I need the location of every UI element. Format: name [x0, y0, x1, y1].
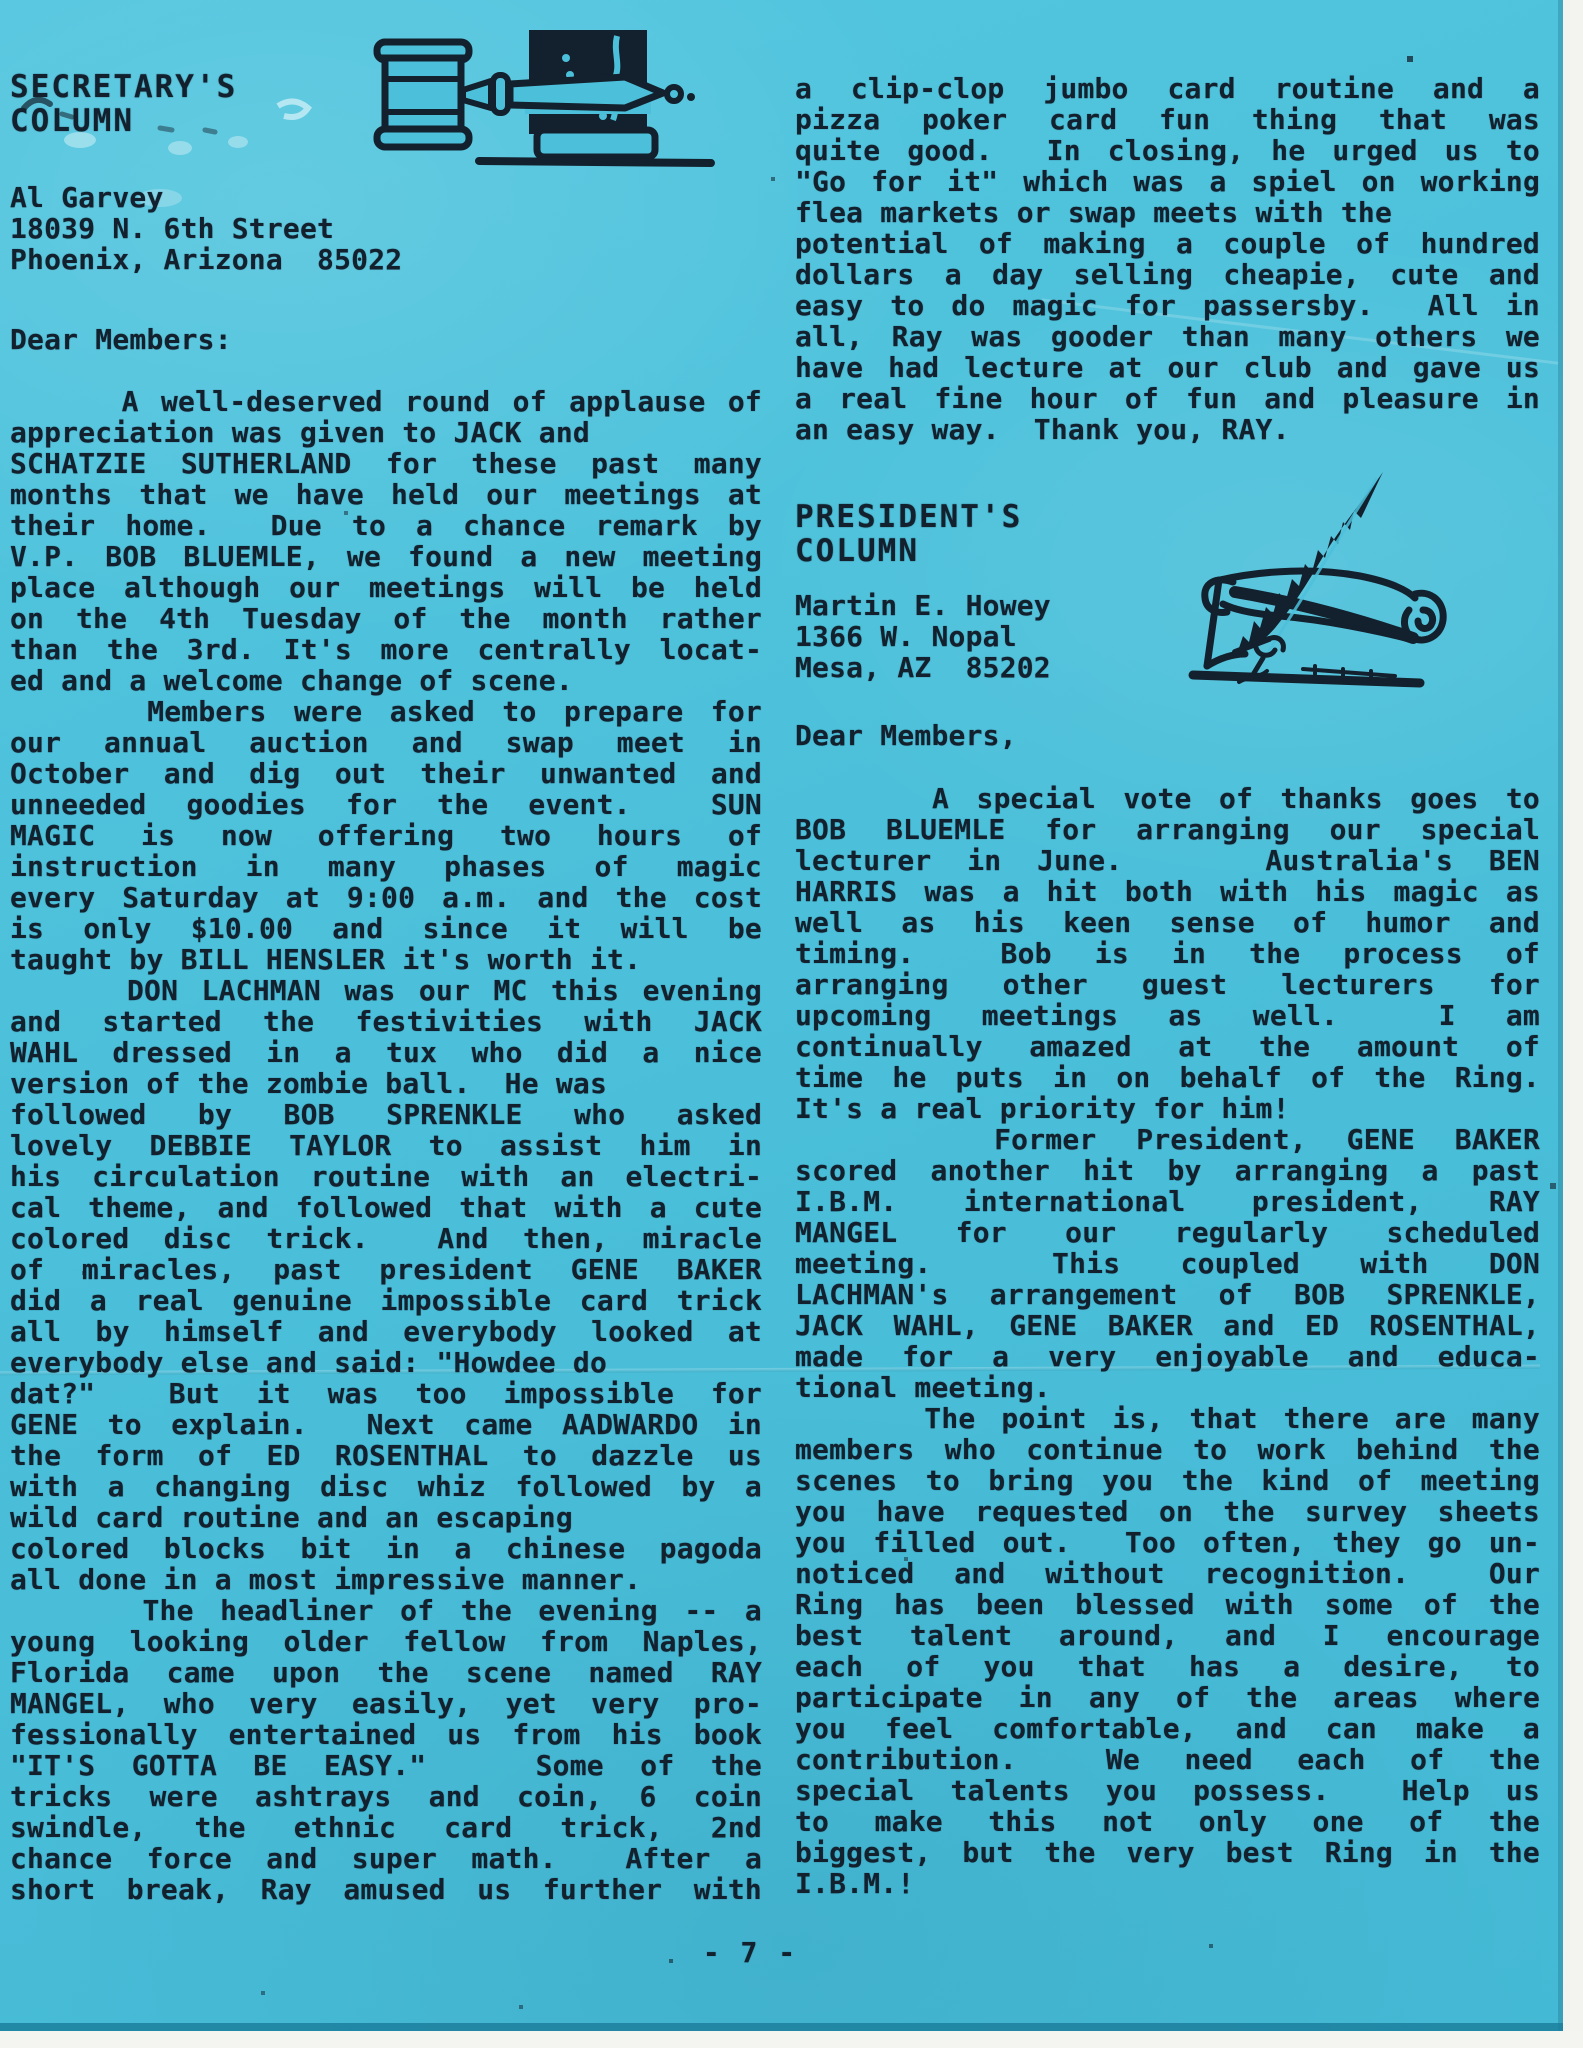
text-line: pizza poker card fun thing that was [795, 104, 1540, 135]
author-address: Phoenix, Arizona 85022 [10, 244, 762, 275]
text-line: made for a very enjoyable and educa- [795, 1341, 1540, 1372]
text-line: best talent around, and I encourage [795, 1620, 1540, 1651]
text-line: "Go for it" which was a spiel on working [795, 166, 1540, 197]
text-line: ed and a welcome change of scene. [10, 665, 762, 696]
text-line: have had lecture at our club and gave us [795, 352, 1540, 383]
text-line: version of the zombie ball. He was [10, 1068, 762, 1099]
secretary-body: A well-deserved round of applause ofappr… [10, 386, 762, 1905]
text-line: fessionally entertained us from his book [10, 1719, 762, 1750]
president-author-block: Martin E. Howey 1366 W. Nopal Mesa, AZ 8… [795, 590, 1540, 683]
text-line: our annual auction and swap meet in [10, 727, 762, 758]
text-line: you have requested on the survey sheets [795, 1496, 1540, 1527]
text-line: potential of making a couple of hundred [795, 228, 1540, 259]
text-line: A well-deserved round of applause of [10, 386, 762, 417]
text-line: each of you that has a desire, to [795, 1651, 1540, 1682]
author-address: 18039 N. 6th Street [10, 213, 762, 244]
text-line: colored disc trick. And then, miracle [10, 1223, 762, 1254]
text-line: lovely DEBBIE TAYLOR to assist him in [10, 1130, 762, 1161]
text-line: "IT'S GOTTA BE EASY." Some of the [10, 1750, 762, 1781]
text-line: on the 4th Tuesday of the month rather [10, 603, 762, 634]
author-address: 1366 W. Nopal [795, 621, 1540, 652]
secretary-column-heading: SECRETARY'S COLUMN [10, 70, 762, 138]
text-line: October and dig out their unwanted and [10, 758, 762, 789]
text-line: place although our meetings will be held [10, 572, 762, 603]
text-line: BOB BLUEMLE for arranging our special [795, 814, 1540, 845]
text-line: GENE to explain. Next came AADWARDO in [10, 1409, 762, 1440]
text-line: meeting. This coupled with DON [795, 1248, 1540, 1279]
text-line: swindle, the ethnic card trick, 2nd [10, 1812, 762, 1843]
text-line: MANGEL for our regularly scheduled [795, 1217, 1540, 1248]
text-line: followed by BOB SPRENKLE who asked [10, 1099, 762, 1130]
text-line: dat?" But it was too impossible for [10, 1378, 762, 1409]
secretary-column: SECRETARY'S COLUMN Al Garvey 18039 N. 6t… [10, 0, 762, 2048]
author-name: Martin E. Howey [795, 590, 1540, 621]
text-line: a clip-clop jumbo card routine and a [795, 73, 1540, 104]
text-line: tional meeting. [795, 1372, 1540, 1403]
text-line: months that we have held our meetings at [10, 479, 762, 510]
heading-line: SECRETARY'S [10, 70, 762, 104]
text-line: an easy way. Thank you, RAY. [795, 414, 1540, 445]
text-line: every Saturday at 9:00 a.m. and the cost [10, 882, 762, 913]
text-line: The headliner of the evening -- a [10, 1595, 762, 1626]
text-line: easy to do magic for passersby. All in [795, 290, 1540, 321]
text-line: to make this not only one of the [795, 1806, 1540, 1837]
text-line: you feel comfortable, and can make a [795, 1713, 1540, 1744]
text-line: chance force and super math. After a [10, 1843, 762, 1874]
text-line: his circulation routine with an electri- [10, 1161, 762, 1192]
text-line: LACHMAN's arrangement of BOB SPRENKLE, [795, 1279, 1540, 1310]
text-line: Ring has been blessed with some of the [795, 1589, 1540, 1620]
text-line: Former President, GENE BAKER [795, 1124, 1540, 1155]
text-line: lecturer in June. Australia's BEN [795, 845, 1540, 876]
text-line: you filled out. Too often, they go un- [795, 1527, 1540, 1558]
text-line: and started the festivities with JACK [10, 1006, 762, 1037]
dust-specks [0, 0, 2, 2]
text-line: participate in any of the areas where [795, 1682, 1540, 1713]
text-line: scenes to bring you the kind of meeting [795, 1465, 1540, 1496]
text-line: all by himself and everybody looked at [10, 1316, 762, 1347]
author-address: Mesa, AZ 85202 [795, 652, 1540, 683]
text-line: contribution. We need each of the [795, 1744, 1540, 1775]
paper-edge-line [0, 2023, 1563, 2031]
text-line: noticed and without recognition. Our [795, 1558, 1540, 1589]
text-line: time he puts in on behalf of the Ring. [795, 1062, 1540, 1093]
heading-line: PRESIDENT'S [795, 500, 1540, 534]
text-line: HARRIS was a hit both with his magic as [795, 876, 1540, 907]
text-line: JACK WAHL, GENE BAKER and ED ROSENTHAL, [795, 1310, 1540, 1341]
text-line: everybody else and said: "Howdee do [10, 1347, 762, 1378]
text-line: colored blocks bit in a chinese pagoda [10, 1533, 762, 1564]
secretary-salutation: Dear Members: [10, 324, 762, 355]
text-line: I.B.M. international president, RAY [795, 1186, 1540, 1217]
text-line: dollars a day selling cheapie, cute and [795, 259, 1540, 290]
scan-edge-bottom [0, 2031, 1583, 2048]
text-line: It's a real priority for him! [795, 1093, 1540, 1124]
text-line: arranging other guest lecturers for [795, 969, 1540, 1000]
text-line: MANGEL, who very easily, yet very pro- [10, 1688, 762, 1719]
text-line: wild card routine and an escaping [10, 1502, 762, 1533]
secretary-author-block: Al Garvey 18039 N. 6th Street Phoenix, A… [10, 182, 762, 275]
text-line: special talents you possess. Help us [795, 1775, 1540, 1806]
text-line: instruction in many phases of magic [10, 851, 762, 882]
text-line: The point is, that there are many [795, 1403, 1540, 1434]
text-line: is only $10.00 and since it will be [10, 913, 762, 944]
text-line: WAHL dressed in a tux who did a nice [10, 1037, 762, 1068]
text-line: Florida came upon the scene named RAY [10, 1657, 762, 1688]
page-number: - 7 - [0, 1936, 1500, 1969]
text-line: biggest, but the very best Ring in the [795, 1837, 1540, 1868]
text-line: did a real genuine impossible card trick [10, 1285, 762, 1316]
text-line: taught by BILL HENSLER it's worth it. [10, 944, 762, 975]
text-line: scored another hit by arranging a past [795, 1155, 1540, 1186]
text-line: with a changing disc whiz followed by a [10, 1471, 762, 1502]
text-line: than the 3rd. It's more centrally locat- [10, 634, 762, 665]
text-line: unneeded goodies for the event. SUN [10, 789, 762, 820]
text-line: A special vote of thanks goes to [795, 783, 1540, 814]
salutation-text: Dear Members: [10, 324, 762, 355]
text-line: continually amazed at the amount of [795, 1031, 1540, 1062]
text-line: DON LACHMAN was our MC this evening [10, 975, 762, 1006]
scan-edge-right [1563, 0, 1583, 2048]
secretary-body-continued: a clip-clop jumbo card routine and apizz… [795, 73, 1540, 445]
text-line: upcoming meetings as well. I am [795, 1000, 1540, 1031]
text-line: flea markets or swap meets with the [795, 197, 1540, 228]
text-line: SCHATZIE SUTHERLAND for these past many [10, 448, 762, 479]
newsletter-page: SECRETARY'S COLUMN Al Garvey 18039 N. 6t… [0, 0, 1583, 2048]
text-line: MAGIC is now offering two hours of [10, 820, 762, 851]
author-name: Al Garvey [10, 182, 762, 213]
text-line: tricks were ashtrays and coin, 6 coin [10, 1781, 762, 1812]
text-line: quite good. In closing, he urged us to [795, 135, 1540, 166]
text-line: of miracles, past president GENE BAKER [10, 1254, 762, 1285]
heading-line: COLUMN [795, 534, 1540, 568]
text-line: well as his keen sense of humor and [795, 907, 1540, 938]
text-line: young looking older fellow from Naples, [10, 1626, 762, 1657]
text-line: members who continue to work behind the [795, 1434, 1540, 1465]
text-line: appreciation was given to JACK and [10, 417, 762, 448]
text-line: V.P. BOB BLUEMLE, we found a new meeting [10, 541, 762, 572]
text-line: timing. Bob is in the process of [795, 938, 1540, 969]
president-column: a clip-clop jumbo card routine and apizz… [795, 0, 1540, 2048]
text-line: all, Ray was gooder than many others we [795, 321, 1540, 352]
text-line: Members were asked to prepare for [10, 696, 762, 727]
text-line: short break, Ray amused us further with [10, 1874, 762, 1905]
text-line: a real fine hour of fun and pleasure in [795, 383, 1540, 414]
text-line: I.B.M.! [795, 1868, 1540, 1899]
salutation-text: Dear Members, [795, 720, 1540, 751]
text-line: cal theme, and followed that with a cute [10, 1192, 762, 1223]
text-line: their home. Due to a chance remark by [10, 510, 762, 541]
heading-line: COLUMN [10, 104, 762, 138]
president-body: A special vote of thanks goes toBOB BLUE… [795, 783, 1540, 1899]
president-salutation: Dear Members, [795, 720, 1540, 751]
text-line: all done in a most impressive manner. [10, 1564, 762, 1595]
president-column-heading: PRESIDENT'S COLUMN [795, 500, 1540, 568]
text-line: the form of ED ROSENTHAL to dazzle us [10, 1440, 762, 1471]
